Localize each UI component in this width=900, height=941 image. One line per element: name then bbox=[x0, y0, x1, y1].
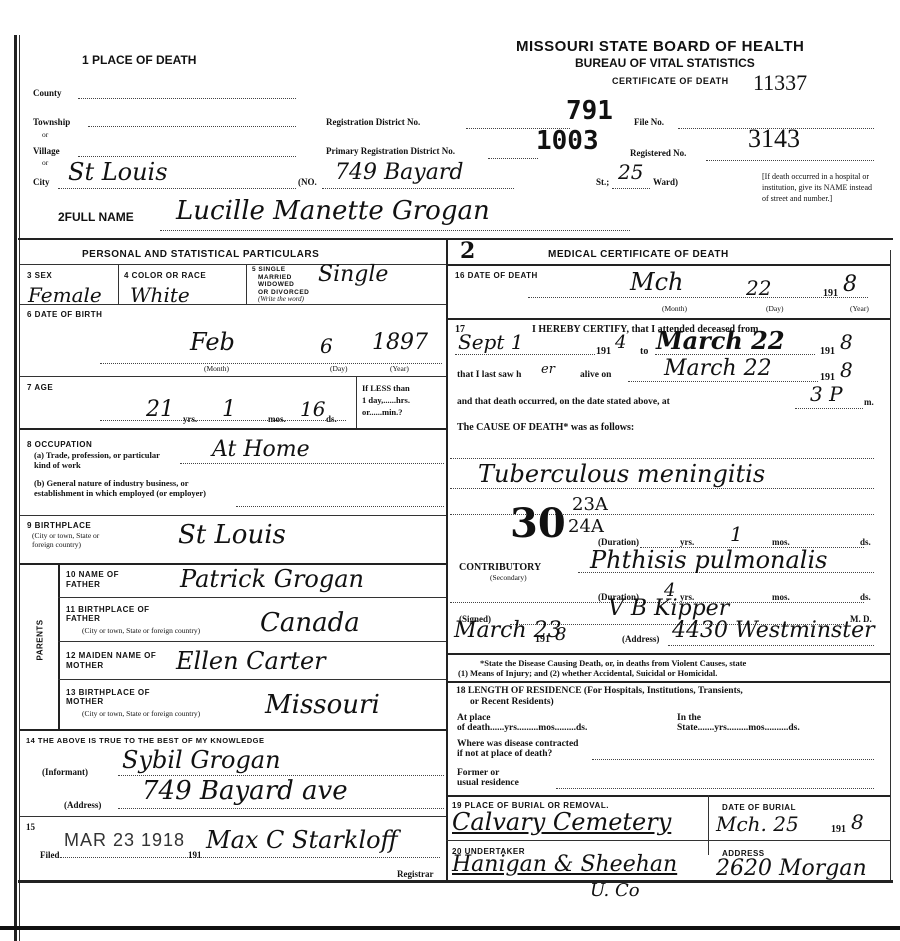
rule-after-informant bbox=[20, 816, 446, 817]
dob-day-caption: (Day) bbox=[330, 364, 348, 373]
last-saw-text: that I last saw h bbox=[457, 370, 521, 380]
contracted-field[interactable] bbox=[592, 757, 874, 760]
city-label: City bbox=[33, 177, 50, 187]
occupation-b-label: (b) General nature of industry business,… bbox=[34, 478, 234, 498]
mother-name-value: Ellen Carter bbox=[176, 647, 326, 675]
dod-year-prefix: 191 bbox=[823, 288, 838, 299]
occurred-text: and that death occurred, on the date sta… bbox=[457, 397, 670, 407]
former-field[interactable] bbox=[556, 786, 874, 789]
registration-district-value: 791 bbox=[566, 96, 613, 126]
ward-value: 25 bbox=[618, 160, 643, 184]
rule-after-residence bbox=[446, 795, 890, 797]
marital-label: 5 SINGLE MARRIED WIDOWED OR DIVORCED (Wr… bbox=[252, 266, 309, 304]
cause-code-big: 30 bbox=[510, 500, 566, 547]
mother-birthplace-label: 13 BIRTHPLACE OF MOTHER bbox=[66, 688, 162, 706]
county-label: County bbox=[33, 88, 62, 98]
dod-field[interactable] bbox=[528, 295, 868, 298]
dob-field[interactable] bbox=[100, 355, 442, 364]
divider-burial bbox=[708, 795, 709, 855]
city-value: St Louis bbox=[68, 158, 168, 186]
dob-month: Feb bbox=[190, 328, 235, 356]
father-birthplace-label: 11 BIRTHPLACE OF FATHER bbox=[66, 605, 162, 623]
parents-divider bbox=[58, 563, 60, 729]
undertaker-value: Hanigan & Sheehan bbox=[452, 852, 677, 877]
header-bottom-rule bbox=[18, 238, 893, 240]
parents-label: PARENTS bbox=[36, 621, 45, 661]
filed-field[interactable] bbox=[60, 855, 440, 858]
certificate-number: 11337 bbox=[753, 70, 807, 96]
rule-after-father-name bbox=[58, 597, 446, 598]
village-field[interactable] bbox=[78, 148, 296, 157]
cause-line-1[interactable] bbox=[450, 456, 874, 459]
page-bottom-rule bbox=[0, 926, 900, 930]
dod-month: Mch bbox=[630, 268, 683, 296]
rule-after-dob bbox=[20, 376, 446, 377]
village-label: Village bbox=[33, 146, 60, 156]
burial-date-label: DATE OF BURIAL bbox=[722, 803, 796, 812]
street-no-label: (NO. bbox=[298, 177, 317, 187]
township-field[interactable] bbox=[88, 118, 296, 127]
dod-year-suffix: 8 bbox=[843, 272, 857, 297]
registrar-value: Max C Starkloff bbox=[206, 826, 398, 854]
bureau-title: BUREAU OF VITAL STATISTICS bbox=[575, 56, 755, 70]
of-death-label: of death......yrs.........mos.........ds… bbox=[457, 723, 587, 733]
burial-year-prefix: 191 bbox=[831, 824, 846, 835]
contrib-duration-ds-label: ds. bbox=[860, 592, 871, 602]
left-border-inner bbox=[19, 35, 20, 941]
undertaker-value-2: U. Co bbox=[590, 880, 640, 901]
age-field[interactable] bbox=[100, 418, 346, 421]
attended-from: Sept 1 bbox=[458, 330, 523, 354]
alive-on-text: alive on bbox=[580, 370, 611, 380]
ward-label: Ward) bbox=[653, 177, 678, 187]
informant-label: (Informant) bbox=[42, 767, 88, 777]
full-name-value: Lucille Manette Grogan bbox=[176, 196, 490, 226]
occupation-label: 8 OCCUPATION bbox=[27, 440, 92, 449]
dob-month-caption: (Month) bbox=[204, 364, 229, 373]
informant-address-field[interactable] bbox=[118, 806, 444, 809]
or-text-1: or bbox=[42, 130, 48, 139]
file-no-label: File No. bbox=[634, 117, 664, 127]
sex-label: 3 SEX bbox=[27, 271, 52, 280]
contrib-duration-mos-label: mos. bbox=[772, 592, 790, 602]
marital-value: Single bbox=[318, 262, 388, 287]
right-border bbox=[890, 250, 891, 880]
filed-stamp: MAR 23 1918 bbox=[64, 830, 185, 851]
divider-age-less bbox=[356, 376, 357, 428]
less-than-note: If LESS than 1 day,......hrs. or......mi… bbox=[362, 382, 410, 418]
birthplace-value: St Louis bbox=[178, 520, 286, 550]
rule-after-occupation bbox=[20, 515, 446, 516]
mother-birthplace-value: Missouri bbox=[265, 690, 380, 720]
personal-section-title: PERSONAL AND STATISTICAL PARTICULARS bbox=[82, 249, 319, 260]
mother-name-label: 12 MAIDEN NAME OF MOTHER bbox=[66, 651, 176, 671]
informant-value: Sybil Grogan bbox=[122, 746, 281, 774]
burial-year-suffix: 8 bbox=[851, 810, 864, 834]
residence-label: 18 LENGTH OF RESIDENCE (For Hospitals, I… bbox=[456, 686, 743, 696]
certificate-label: CERTIFICATE OF DEATH bbox=[612, 76, 729, 86]
occupation-a-value: At Home bbox=[212, 437, 310, 462]
medical-section-mark: 2 bbox=[460, 238, 475, 264]
birthplace-label: 9 BIRTHPLACE bbox=[27, 521, 91, 530]
attended-from-year-suffix: 4 bbox=[615, 332, 626, 353]
contracted-label: Where was disease contracted bbox=[457, 739, 578, 749]
street-value: 749 Bayard bbox=[335, 160, 463, 185]
dob-year-caption: (Year) bbox=[390, 364, 409, 373]
former-label-2: usual residence bbox=[457, 778, 519, 788]
dob-year: 1897 bbox=[372, 330, 428, 355]
board-title: MISSOURI STATE BOARD OF HEALTH bbox=[516, 38, 804, 55]
informant-section-label: 14 THE ABOVE IS TRUE TO THE BEST OF MY K… bbox=[26, 736, 264, 745]
registered-no-label: Registered No. bbox=[630, 148, 686, 158]
at-place-label: At place bbox=[457, 713, 491, 723]
cause-value: Tuberculous meningitis bbox=[478, 460, 765, 488]
occupation-b-field[interactable] bbox=[236, 504, 444, 507]
rule-after-mother-name bbox=[58, 679, 446, 680]
contributory-sub: (Secondary) bbox=[490, 573, 527, 582]
primary-registration-value: 1003 bbox=[536, 126, 599, 156]
dod-day-caption: (Day) bbox=[766, 304, 784, 313]
dob-day: 6 bbox=[320, 334, 333, 358]
address-label: (Address) bbox=[622, 634, 659, 644]
full-name-label: 2FULL NAME bbox=[58, 210, 134, 224]
filed-191: 191 bbox=[188, 850, 202, 860]
informant-address-value: 749 Bayard ave bbox=[142, 776, 348, 806]
footnote-line-2: (1) Means of Injury; and (2) whether Acc… bbox=[458, 668, 717, 678]
mother-birthplace-sub: (City or town, State or foreign country) bbox=[82, 709, 200, 718]
occurred-time-field[interactable] bbox=[795, 406, 863, 409]
last-saw-date: March 22 bbox=[664, 356, 772, 381]
state-label: State.......yrs.........mos..........ds. bbox=[677, 723, 800, 733]
signed-year-suffix: 8 bbox=[555, 624, 566, 645]
dod-day: 22 bbox=[746, 276, 771, 300]
residence-label-2: or Recent Residents) bbox=[470, 697, 554, 707]
father-birthplace-value: Canada bbox=[260, 608, 360, 638]
filed-label: Filed bbox=[40, 850, 60, 860]
last-saw-year-suffix: 8 bbox=[840, 358, 853, 382]
address-value: 4430 Westminster bbox=[672, 618, 875, 643]
rule-after-parents bbox=[20, 729, 446, 731]
township-label: Township bbox=[33, 117, 70, 127]
dob-label: 6 DATE OF BIRTH bbox=[27, 310, 102, 319]
divider-sex-race bbox=[118, 264, 119, 304]
column-divider bbox=[446, 240, 448, 880]
filed-number: 15 bbox=[26, 822, 35, 832]
primary-registration-field[interactable] bbox=[488, 150, 538, 159]
registered-no-value: 3143 bbox=[748, 124, 800, 154]
former-label: Former or bbox=[457, 768, 499, 778]
primary-registration-label: Primary Registration District No. bbox=[326, 146, 455, 156]
signed-year-prefix: 191 bbox=[535, 634, 550, 645]
cause-duration-ds-label: ds. bbox=[860, 537, 871, 547]
contracted-label-2: if not at place of death? bbox=[457, 749, 552, 759]
dod-label: 16 DATE OF DEATH bbox=[455, 271, 538, 280]
rule-before-footnote bbox=[446, 653, 890, 655]
contributory-label: CONTRIBUTORY bbox=[459, 562, 541, 573]
burial-date-value: Mch. 25 bbox=[716, 812, 799, 836]
in-the-label: In the bbox=[677, 713, 701, 723]
county-field[interactable] bbox=[78, 90, 296, 99]
rule-after-sex bbox=[20, 304, 446, 305]
registrar-label: Registrar bbox=[397, 869, 433, 879]
informant-address-label: (Address) bbox=[64, 800, 101, 810]
dod-month-caption: (Month) bbox=[662, 304, 687, 313]
contributory-value: Phthisis pulmonalis bbox=[590, 546, 827, 574]
attended-to-year-suffix: 8 bbox=[840, 330, 853, 354]
burial-place-value: Calvary Cemetery bbox=[452, 808, 671, 836]
father-name-value: Patrick Grogan bbox=[180, 565, 364, 593]
rule-after-age bbox=[20, 428, 446, 430]
address-field[interactable] bbox=[668, 643, 874, 646]
st-label: St.; bbox=[596, 177, 609, 187]
occupation-a-label: (a) Trade, profession, or particular kin… bbox=[34, 450, 174, 470]
attended-to: March 22 bbox=[656, 326, 785, 355]
rule-after-dod bbox=[446, 318, 890, 320]
undertaker-address-value: 2620 Morgan bbox=[716, 856, 867, 881]
last-saw-pronoun: er bbox=[541, 362, 555, 377]
occurred-time: 3 P bbox=[810, 382, 843, 406]
dod-year-caption: (Year) bbox=[850, 304, 869, 313]
occurred-m: m. bbox=[864, 397, 874, 407]
attended-to-year-prefix: 191 bbox=[820, 346, 835, 357]
cause-duration-mos: 1 bbox=[730, 522, 743, 546]
medical-section-title: MEDICAL CERTIFICATE OF DEATH bbox=[548, 249, 729, 260]
place-of-death-title: 1 PLACE OF DEATH bbox=[82, 53, 196, 67]
or-text-2: or bbox=[42, 158, 48, 167]
rule-medical-title bbox=[446, 264, 890, 266]
hospital-note: [If death occurred in a hospital or inst… bbox=[762, 171, 874, 204]
father-name-label: 10 NAME OF FATHER bbox=[66, 570, 146, 590]
rule-after-footnote bbox=[446, 681, 890, 683]
race-label: 4 COLOR OR RACE bbox=[124, 271, 206, 280]
cause-code-2: 24A bbox=[568, 516, 604, 537]
cause-code-1: 23A bbox=[572, 494, 608, 515]
father-birthplace-sub: (City or town, State or foreign country) bbox=[82, 626, 200, 635]
rule-after-father-birthplace bbox=[58, 641, 446, 642]
footnote-line-1: *State the Disease Causing Death, or, in… bbox=[480, 658, 746, 668]
to-label: to bbox=[640, 346, 648, 357]
registration-district-label: Registration District No. bbox=[326, 117, 420, 127]
left-border bbox=[14, 35, 17, 941]
attended-from-year-prefix: 191 bbox=[596, 346, 611, 357]
rule-after-burial bbox=[446, 840, 890, 841]
divider-race-marital bbox=[246, 264, 247, 304]
cause-intro: The CAUSE OF DEATH* was as follows: bbox=[457, 422, 634, 433]
birthplace-sub: (City or town, State or foreign country) bbox=[32, 531, 118, 549]
age-label: 7 AGE bbox=[27, 383, 53, 392]
